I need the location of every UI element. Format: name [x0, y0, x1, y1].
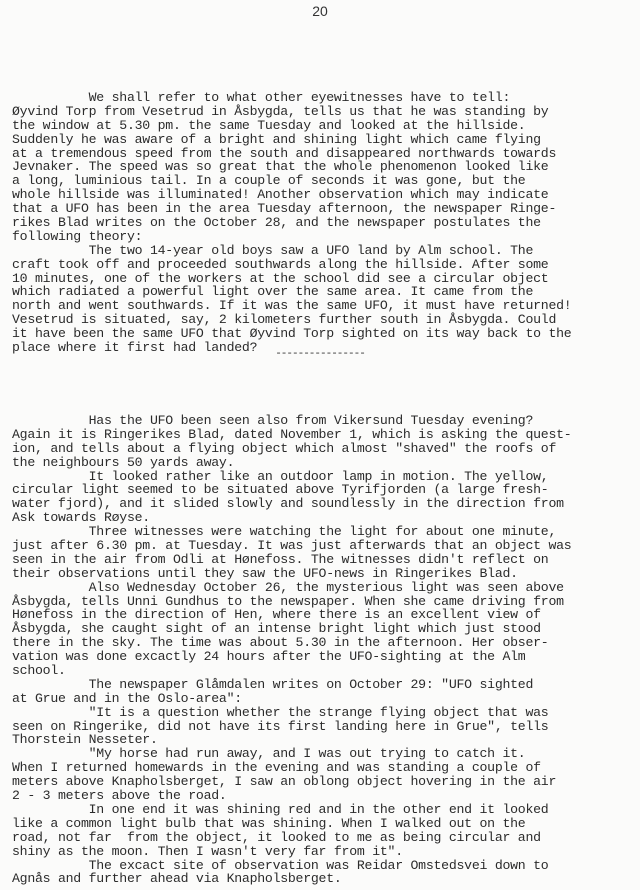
text-line: Agnås and further ahead via Knapholsberg…	[12, 872, 571, 886]
text-line: Has the UFO been seen also from Vikersun…	[12, 414, 571, 428]
text-line: that a UFO has been in the area Tuesday …	[12, 202, 571, 216]
text-line: just after 6.30 pm. at Tuesday. It was j…	[12, 539, 571, 553]
text-line: "It is a question whether the strange fl…	[12, 706, 571, 720]
text-line: Vesetrud is situated, say, 2 kilometers …	[12, 313, 571, 327]
text-line: "My horse had run away, and I was out tr…	[12, 747, 571, 761]
text-line: 10 minutes, one of the workers at the sc…	[12, 272, 571, 286]
text-line: It looked rather like an outdoor lamp in…	[12, 470, 571, 484]
text-line: the neighbours 50 yards away.	[12, 456, 571, 470]
text-line: shiny as the moon. Then I wasn't very fa…	[12, 845, 571, 859]
text-line: Jevnaker. The speed was so great that th…	[12, 160, 571, 174]
text-line: at a tremendous speed from the south and…	[12, 147, 571, 161]
text-line: meters above Knapholsberget, I saw an ob…	[12, 775, 571, 789]
text-line: like a common light bulb that was shinin…	[12, 817, 571, 831]
text-line: Ask towards Røyse.	[12, 511, 571, 525]
text-line: which radiated a powerful light over the…	[12, 285, 571, 299]
text-line: the window at 5.30 pm. the same Tuesday …	[12, 119, 571, 133]
text-line: The excact site of observation was Reida…	[12, 859, 571, 873]
text-line: Suddenly he was aware of a bright and sh…	[12, 133, 571, 147]
text-line: Also Wednesday October 26, the mysteriou…	[12, 581, 571, 595]
text-line: seen in the air from Odli at Hønefoss. T…	[12, 553, 571, 567]
text-line: north and went southwards. If it was the…	[12, 299, 571, 313]
text-line: When I returned homewards in the evening…	[12, 761, 571, 775]
text-line: there in the sky. The time was about 5.3…	[12, 636, 571, 650]
section-eyewitness-accounts: We shall refer to what other eyewitnesse…	[12, 91, 571, 355]
text-line: circular light seemed to be situated abo…	[12, 483, 571, 497]
text-line: Again it is Ringerikes Blad, dated Novem…	[12, 428, 571, 442]
text-line: Åsbygda, she caught sight of an intense …	[12, 622, 571, 636]
text-line: vation was done excactly 24 hours after …	[12, 650, 571, 664]
text-line: Thorstein Nesseter.	[12, 733, 571, 747]
text-line: We shall refer to what other eyewitnesse…	[12, 91, 571, 105]
text-line: rikes Blad writes on the October 28, and…	[12, 216, 571, 230]
text-line: following theory:	[12, 230, 571, 244]
text-line: road, not far from the object, it looked…	[12, 831, 571, 845]
text-line: Øyvind Torp from Vesetrud in Åsbygda, te…	[12, 105, 571, 119]
text-line: whole hillside was illuminated! Another …	[12, 188, 571, 202]
text-line: seen on Ringerike, did not have its firs…	[12, 720, 571, 734]
text-line: The two 14-year old boys saw a UFO land …	[12, 244, 571, 258]
text-line: a long, luminious tail. In a couple of s…	[12, 174, 571, 188]
page-number: 20	[0, 3, 640, 19]
text-line: In one end it was shining red and in the…	[12, 803, 571, 817]
text-line: it have been the same UFO that Øyvind To…	[12, 327, 571, 341]
text-line: The newspaper Glåmdalen writes on Octobe…	[12, 678, 571, 692]
text-line: craft took off and proceeded southwards …	[12, 258, 571, 272]
text-line: ion, and tells about a flying object whi…	[12, 442, 571, 456]
text-line: their observations until they saw the UF…	[12, 567, 571, 581]
section-separator: ----------------	[0, 348, 640, 360]
text-line: Åsbygda, tells Unni Gundhus to the newsp…	[12, 595, 571, 609]
text-line: 2 - 3 meters above the road.	[12, 789, 571, 803]
text-line: at Grue and in the Oslo-area":	[12, 692, 571, 706]
text-line: Three witnesses were watching the light …	[12, 525, 571, 539]
text-line: Hønefoss in the direction of Hen, where …	[12, 608, 571, 622]
text-line: water fjord), and it slided slowly and s…	[12, 497, 571, 511]
text-line: school.	[12, 664, 571, 678]
section-vikersund-sightings: Has the UFO been seen also from Vikersun…	[12, 414, 571, 886]
